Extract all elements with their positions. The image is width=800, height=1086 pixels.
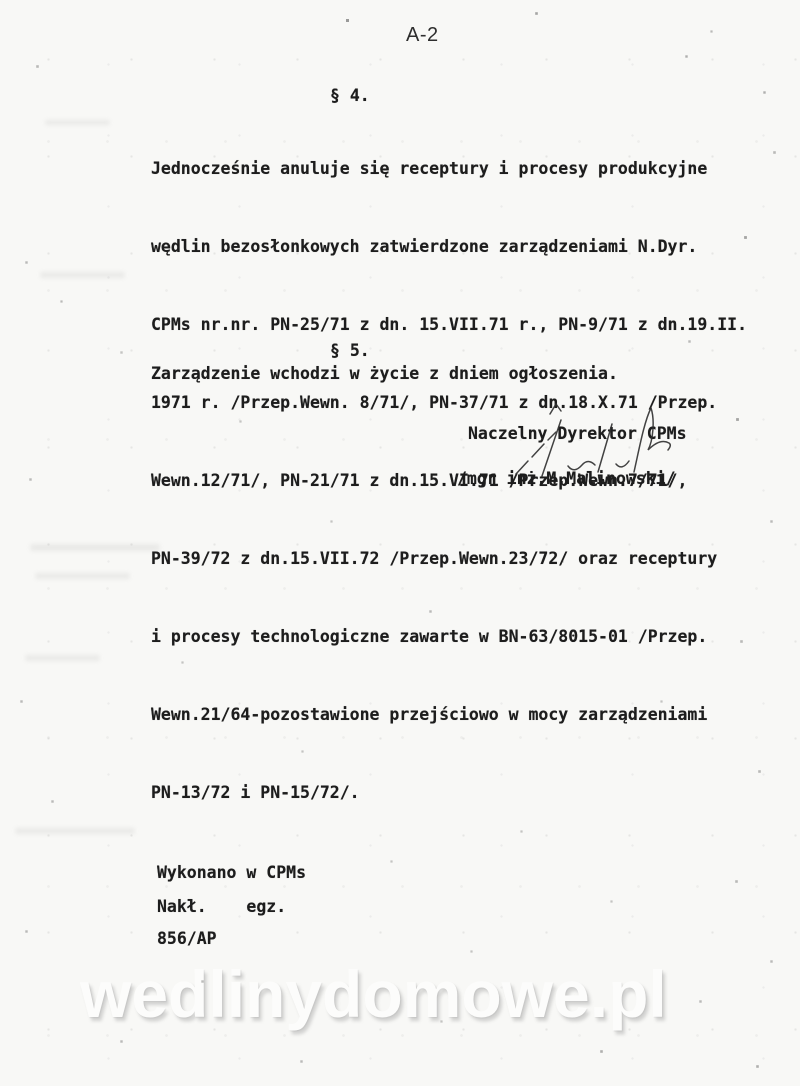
footer-reference: 856/AP bbox=[157, 926, 217, 952]
bleed-streak bbox=[15, 828, 135, 834]
paragraph-line: i procesy technologiczne zawarte w BN-63… bbox=[151, 624, 747, 650]
scan-specks bbox=[0, 0, 1, 1]
bleed-streak bbox=[40, 272, 125, 278]
footer-print-run: Nakł. egz. bbox=[157, 894, 286, 920]
signature-name: /mgr inż.M.Malinowski/ bbox=[457, 466, 676, 492]
footer-made-in: Wykonano w CPMs bbox=[157, 860, 306, 886]
bleed-streak bbox=[35, 573, 130, 579]
paragraph-line: PN-39/72 z dn.15.VII.72 /Przep.Wewn.23/7… bbox=[151, 546, 747, 572]
watermark: wedlinydomowe.pl bbox=[80, 956, 667, 1032]
paragraph-line: CPMs nr.nr. PN-25/71 z dn. 15.VII.71 r.,… bbox=[151, 312, 747, 338]
bleed-streak bbox=[30, 544, 160, 551]
paragraph-line: Jednocześnie anuluje się receptury i pro… bbox=[151, 156, 747, 182]
paragraph-line: Wewn.21/64-pozostawione przejściowo w mo… bbox=[151, 702, 747, 728]
scanned-document-page: A-2 § 4. Jednocześnie anuluje się recept… bbox=[0, 0, 800, 1086]
bleed-streak bbox=[45, 120, 110, 125]
paragraph-line: PN-13/72 i PN-15/72/. bbox=[151, 780, 747, 806]
page-number: A-2 bbox=[406, 24, 439, 47]
bleed-streak bbox=[25, 655, 100, 661]
paragraph-line: wędlin bezosłonkowych zatwierdzone zarzą… bbox=[151, 234, 747, 260]
section-5-body: Zarządzenie wchodzi w życie z dniem ogło… bbox=[151, 361, 618, 387]
